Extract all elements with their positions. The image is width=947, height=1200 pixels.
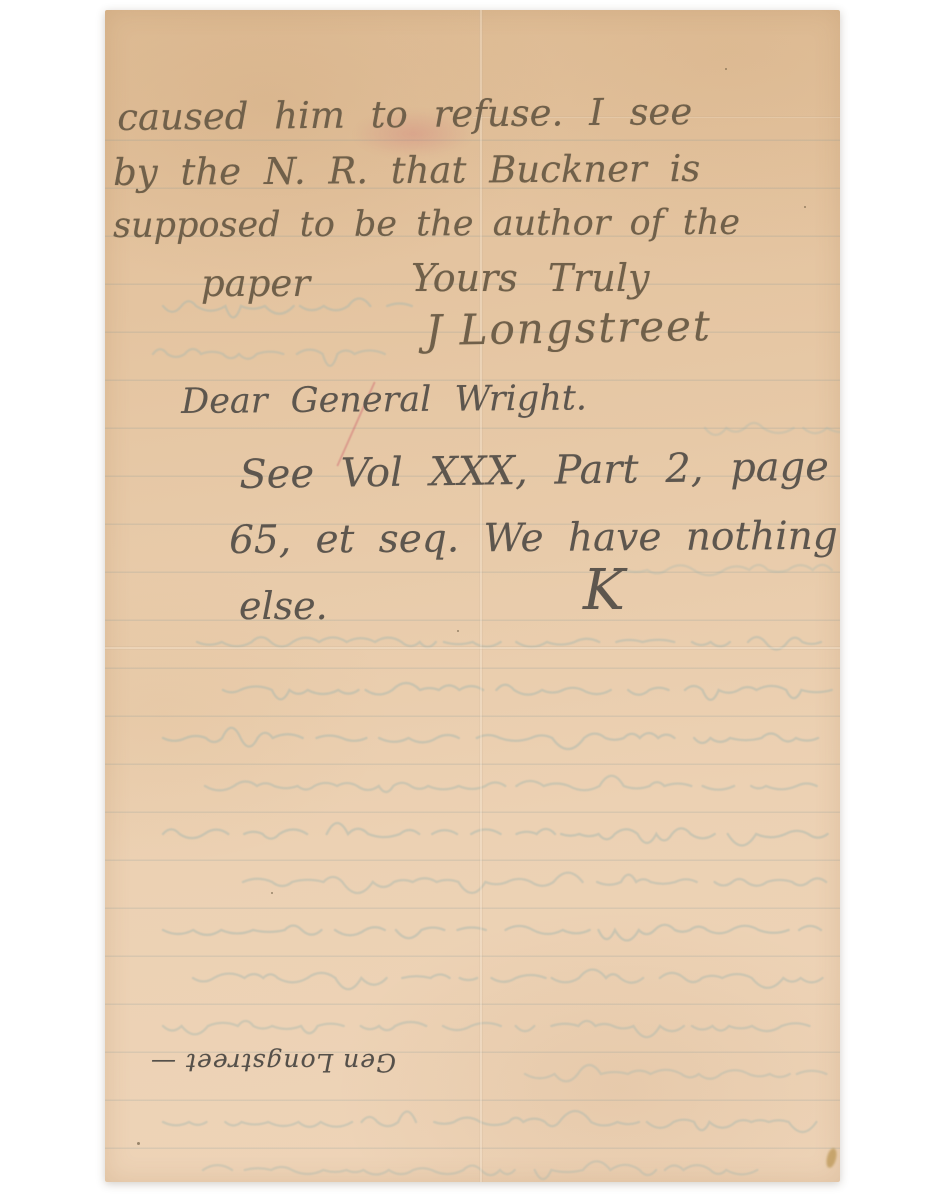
bleedthrough-line xyxy=(243,873,826,893)
ink-valediction: Yours Truly xyxy=(411,256,650,300)
paper-speck xyxy=(271,892,273,894)
pencil-salutation: Dear General Wright. xyxy=(181,378,587,422)
paper-speck xyxy=(457,630,459,632)
bleedthrough-line xyxy=(223,683,832,700)
paper-speck xyxy=(137,1142,140,1145)
ink-line-1: caused him to refuse. I see xyxy=(117,90,692,139)
ink-line-3: supposed to be the author of the xyxy=(113,203,740,246)
bleedthrough-line xyxy=(163,1111,828,1132)
bleedthrough-line xyxy=(705,423,840,435)
bleedthrough-line xyxy=(525,1065,826,1081)
pencil-initial-k: K xyxy=(583,558,625,623)
horizontal-fold-crease xyxy=(105,646,840,650)
bleedthrough-line xyxy=(163,1021,810,1037)
bleedthrough-line xyxy=(163,728,818,749)
bleedthrough-line xyxy=(193,970,822,990)
docket-inscription: Gen Longstreet — xyxy=(141,1048,405,1077)
scan-background: caused him to refuse. I see by the N. R.… xyxy=(0,0,947,1200)
longstreet-signature: J Longstreet xyxy=(425,301,712,355)
bleedthrough-line xyxy=(163,823,835,845)
bleedthrough-line xyxy=(625,565,832,575)
pencil-line-4: else. xyxy=(239,584,328,628)
foxing-stain xyxy=(825,1147,839,1169)
ink-line-2: by the N. R. that Buckner is xyxy=(113,147,700,194)
paper-speck xyxy=(725,68,727,70)
pencil-line-3: 65, et seq. We have nothing xyxy=(229,514,838,563)
bleedthrough-line xyxy=(163,925,821,941)
bleedthrough-line xyxy=(153,349,385,366)
pencil-line-2: See Vol XXX, Part 2, page xyxy=(239,444,829,498)
paper-speck xyxy=(804,206,806,208)
ink-word-paper: paper xyxy=(201,262,310,305)
bleedthrough-line xyxy=(205,776,817,792)
letter-page: caused him to refuse. I see by the N. R.… xyxy=(105,10,840,1182)
